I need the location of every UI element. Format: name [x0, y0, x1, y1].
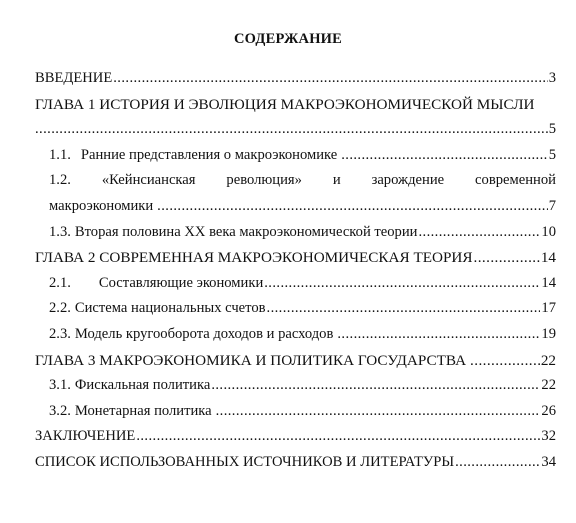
- dot-leader: [157, 194, 548, 220]
- dot-leader: [474, 245, 540, 271]
- toc-page-number: 22: [541, 373, 556, 399]
- toc-entry-3-2[interactable]: 3.2. Монетарная политика 26: [35, 399, 556, 425]
- toc-entry-label: ГЛАВА 2 СОВРЕМЕННАЯ МАКРОЭКОНОМИЧЕСКАЯ Т…: [35, 245, 473, 271]
- toc-page-number: 7: [549, 194, 556, 220]
- toc-entry-chapter-2[interactable]: ГЛАВА 2 СОВРЕМЕННАЯ МАКРОЭКОНОМИЧЕСКАЯ Т…: [35, 245, 556, 271]
- toc-entry-label: Фискальная политика: [71, 373, 210, 399]
- toc-page-number: 5: [549, 117, 556, 143]
- toc-page-number: 22: [541, 348, 556, 374]
- toc-entry-word: и: [333, 168, 341, 194]
- toc-page-number: 32: [541, 424, 556, 450]
- dot-leader: [113, 66, 547, 92]
- dot-leader: [35, 117, 548, 143]
- dot-leader: [216, 399, 541, 425]
- toc-entry-1-2[interactable]: 1.2. «Кейнсианская революция» и зарожден…: [35, 168, 556, 219]
- toc-entry-introduction[interactable]: ВВЕДЕНИЕ 3: [35, 66, 556, 92]
- document-page: СОДЕРЖАНИЕ ВВЕДЕНИЕ 3 ГЛАВА 1 ИСТОРИЯ И …: [0, 0, 576, 523]
- toc-entry-number: 3.2.: [49, 399, 71, 425]
- toc-entry-3-1[interactable]: 3.1. Фискальная политика 22: [35, 373, 556, 399]
- dot-leader: [337, 322, 540, 348]
- dot-leader: [211, 373, 540, 399]
- toc-entry-number: 2.2.: [49, 296, 71, 322]
- toc-entry-label: СПИСОК ИСПОЛЬЗОВАННЫХ ИСТОЧНИКОВ И ЛИТЕР…: [35, 450, 454, 476]
- toc-entry-number: 2.1.: [49, 271, 71, 297]
- dot-leader: [341, 143, 547, 169]
- toc-entry-label: Вторая половина XX века макроэкономическ…: [71, 220, 418, 246]
- toc-entry-word: революция»: [226, 168, 301, 194]
- toc-entry-label-continued: макроэкономики: [49, 194, 153, 220]
- toc-entry-conclusion[interactable]: ЗАКЛЮЧЕНИЕ 32: [35, 424, 556, 450]
- toc-entry-number: 1.1.: [49, 143, 71, 169]
- dot-leader: [136, 424, 540, 450]
- toc-entry-label: Ранние представления о макроэкономике: [71, 143, 337, 169]
- toc-entry-1-1[interactable]: 1.1. Ранние представления о макроэкономи…: [35, 143, 556, 169]
- toc-entry-references[interactable]: СПИСОК ИСПОЛЬЗОВАННЫХ ИСТОЧНИКОВ И ЛИТЕР…: [35, 450, 556, 476]
- toc-entry-2-1[interactable]: 2.1. Составляющие экономики 14: [35, 271, 556, 297]
- toc-entry-number: 3.1.: [49, 373, 71, 399]
- table-of-contents: ВВЕДЕНИЕ 3 ГЛАВА 1 ИСТОРИЯ И ЭВОЛЮЦИЯ МА…: [35, 66, 556, 476]
- toc-entry-number: 2.3.: [49, 322, 71, 348]
- dot-leader: [264, 271, 540, 297]
- toc-entry-label: ГЛАВА 3 МАКРОЭКОНОМИКА И ПОЛИТИКА ГОСУДА…: [35, 348, 466, 374]
- toc-page-number: 19: [541, 322, 556, 348]
- toc-entry-label: Монетарная политика: [71, 399, 212, 425]
- toc-page-number: 26: [541, 399, 556, 425]
- toc-page-number: 17: [541, 296, 556, 322]
- dot-leader: [455, 450, 540, 476]
- toc-entry-label: Система национальных счетов: [71, 296, 266, 322]
- toc-page-number: 14: [541, 271, 556, 297]
- toc-entry-2-3[interactable]: 2.3. Модель кругооборота доходов и расхо…: [35, 322, 556, 348]
- toc-entry-1-3[interactable]: 1.3. Вторая половина XX века макроэконом…: [35, 220, 556, 246]
- toc-entry-2-2[interactable]: 2.2. Система национальных счетов 17: [35, 296, 556, 322]
- toc-entry-word: зарождение: [372, 168, 445, 194]
- toc-entry-chapter-3[interactable]: ГЛАВА 3 МАКРОЭКОНОМИКА И ПОЛИТИКА ГОСУДА…: [35, 348, 556, 374]
- toc-title: СОДЕРЖАНИЕ: [0, 31, 576, 48]
- toc-entry-label: ЗАКЛЮЧЕНИЕ: [35, 424, 135, 450]
- toc-entry-label: ГЛАВА 1 ИСТОРИЯ И ЭВОЛЮЦИЯ МАКРОЭКОНОМИЧ…: [35, 92, 556, 118]
- toc-page-number: 5: [549, 143, 556, 169]
- toc-entry-chapter-1[interactable]: ГЛАВА 1 ИСТОРИЯ И ЭВОЛЮЦИЯ МАКРОЭКОНОМИЧ…: [35, 92, 556, 143]
- dot-leader: [470, 348, 540, 374]
- toc-page-number: 3: [549, 66, 556, 92]
- toc-entry-label: ВВЕДЕНИЕ: [35, 66, 112, 92]
- dot-leader: [418, 220, 540, 246]
- toc-entry-word: «Кейнсианская: [102, 168, 196, 194]
- toc-entry-label: Составляющие экономики: [71, 271, 263, 297]
- toc-page-number: 10: [541, 220, 556, 246]
- dot-leader: [267, 296, 541, 322]
- toc-entry-number: 1.2.: [49, 168, 71, 194]
- toc-entry-label: Модель кругооборота доходов и расходов: [71, 322, 333, 348]
- toc-entry-number: 1.3.: [49, 220, 71, 246]
- toc-entry-word: современной: [475, 168, 556, 194]
- toc-page-number: 14: [541, 245, 556, 271]
- toc-page-number: 34: [541, 450, 556, 476]
